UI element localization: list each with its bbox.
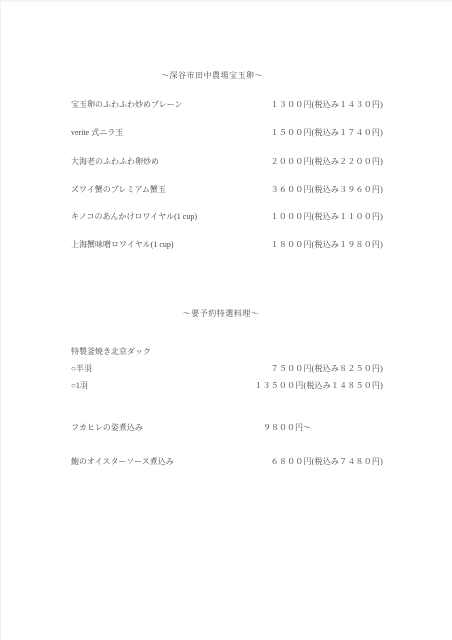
option-price: ７５００円(税込み８２５０円) <box>271 364 383 374</box>
option-name: ○1羽 <box>71 381 88 391</box>
item-price: １８００円(税込み１９８０円) <box>271 240 383 250</box>
option-name: ○半羽 <box>71 364 92 374</box>
menu-page: ～深谷市田中農場宝玉卵～ 宝玉卵のふわふわ炒めプレーン １３００円(税込み１４３… <box>0 0 452 640</box>
item-price: ３６００円(税込み３９６０円) <box>271 185 383 195</box>
option-price: １３５００円(税込み１４８５０円) <box>254 381 383 391</box>
scan-edge-top <box>0 0 452 2</box>
item-price: ９８００円～ <box>263 423 311 433</box>
item-name: 上海蟹味噌ロワイヤル(1 cup) <box>71 240 174 250</box>
menu-item-row: 鮑のオイスターソース煮込み ６８００円(税込み７４８０円) <box>71 457 383 467</box>
group-header: 特製釜焼き北京ダック <box>71 347 151 357</box>
menu-item-row: 上海蟹味噌ロワイヤル(1 cup) １８００円(税込み１９８０円) <box>71 240 383 250</box>
menu-item-row: キノコのあんかけロワイヤル(1 cup) １０００円(税込み１１００円) <box>71 212 383 222</box>
section-title-hogyokuran: ～深谷市田中農場宝玉卵～ <box>0 71 424 81</box>
item-name: 鮑のオイスターソース煮込み <box>71 457 174 467</box>
item-name: verite 式ニラ玉 <box>71 128 123 138</box>
item-name: 大海老のふわふわ卵炒め <box>71 157 159 167</box>
section-title-reservation-specials: ～要予約特選料理～ <box>0 309 442 319</box>
item-name: 宝玉卵のふわふわ炒めプレーン <box>71 100 183 110</box>
item-price: １５００円(税込み１７４０円) <box>271 128 383 138</box>
menu-group-header-row: 特製釜焼き北京ダック <box>71 347 383 357</box>
item-name: キノコのあんかけロワイヤル(1 cup) <box>71 212 197 222</box>
menu-item-row: ズワイ蟹のプレミアム蟹玉 ３６００円(税込み３９６０円) <box>71 185 383 195</box>
menu-item-row: フカヒレの姿煮込み ９８００円～ <box>71 423 383 433</box>
menu-item-row: 大海老のふわふわ卵炒め ２０００円(税込み２２００円) <box>71 157 383 167</box>
item-name: フカヒレの姿煮込み <box>71 423 143 433</box>
item-price: １０００円(税込み１１００円) <box>271 212 383 222</box>
menu-item-row: verite 式ニラ玉 １５００円(税込み１７４０円) <box>71 128 383 138</box>
item-price: ２０００円(税込み２２００円) <box>271 157 383 167</box>
menu-item-row: 宝玉卵のふわふわ炒めプレーン １３００円(税込み１４３０円) <box>71 100 383 110</box>
item-name: ズワイ蟹のプレミアム蟹玉 <box>71 185 166 195</box>
item-price: ６８００円(税込み７４８０円) <box>271 457 383 467</box>
scan-edge-left <box>0 0 1 640</box>
item-price: １３００円(税込み１４３０円) <box>271 100 383 110</box>
menu-option-row: ○1羽 １３５００円(税込み１４８５０円) <box>71 381 383 391</box>
menu-option-row: ○半羽 ７５００円(税込み８２５０円) <box>71 364 383 374</box>
